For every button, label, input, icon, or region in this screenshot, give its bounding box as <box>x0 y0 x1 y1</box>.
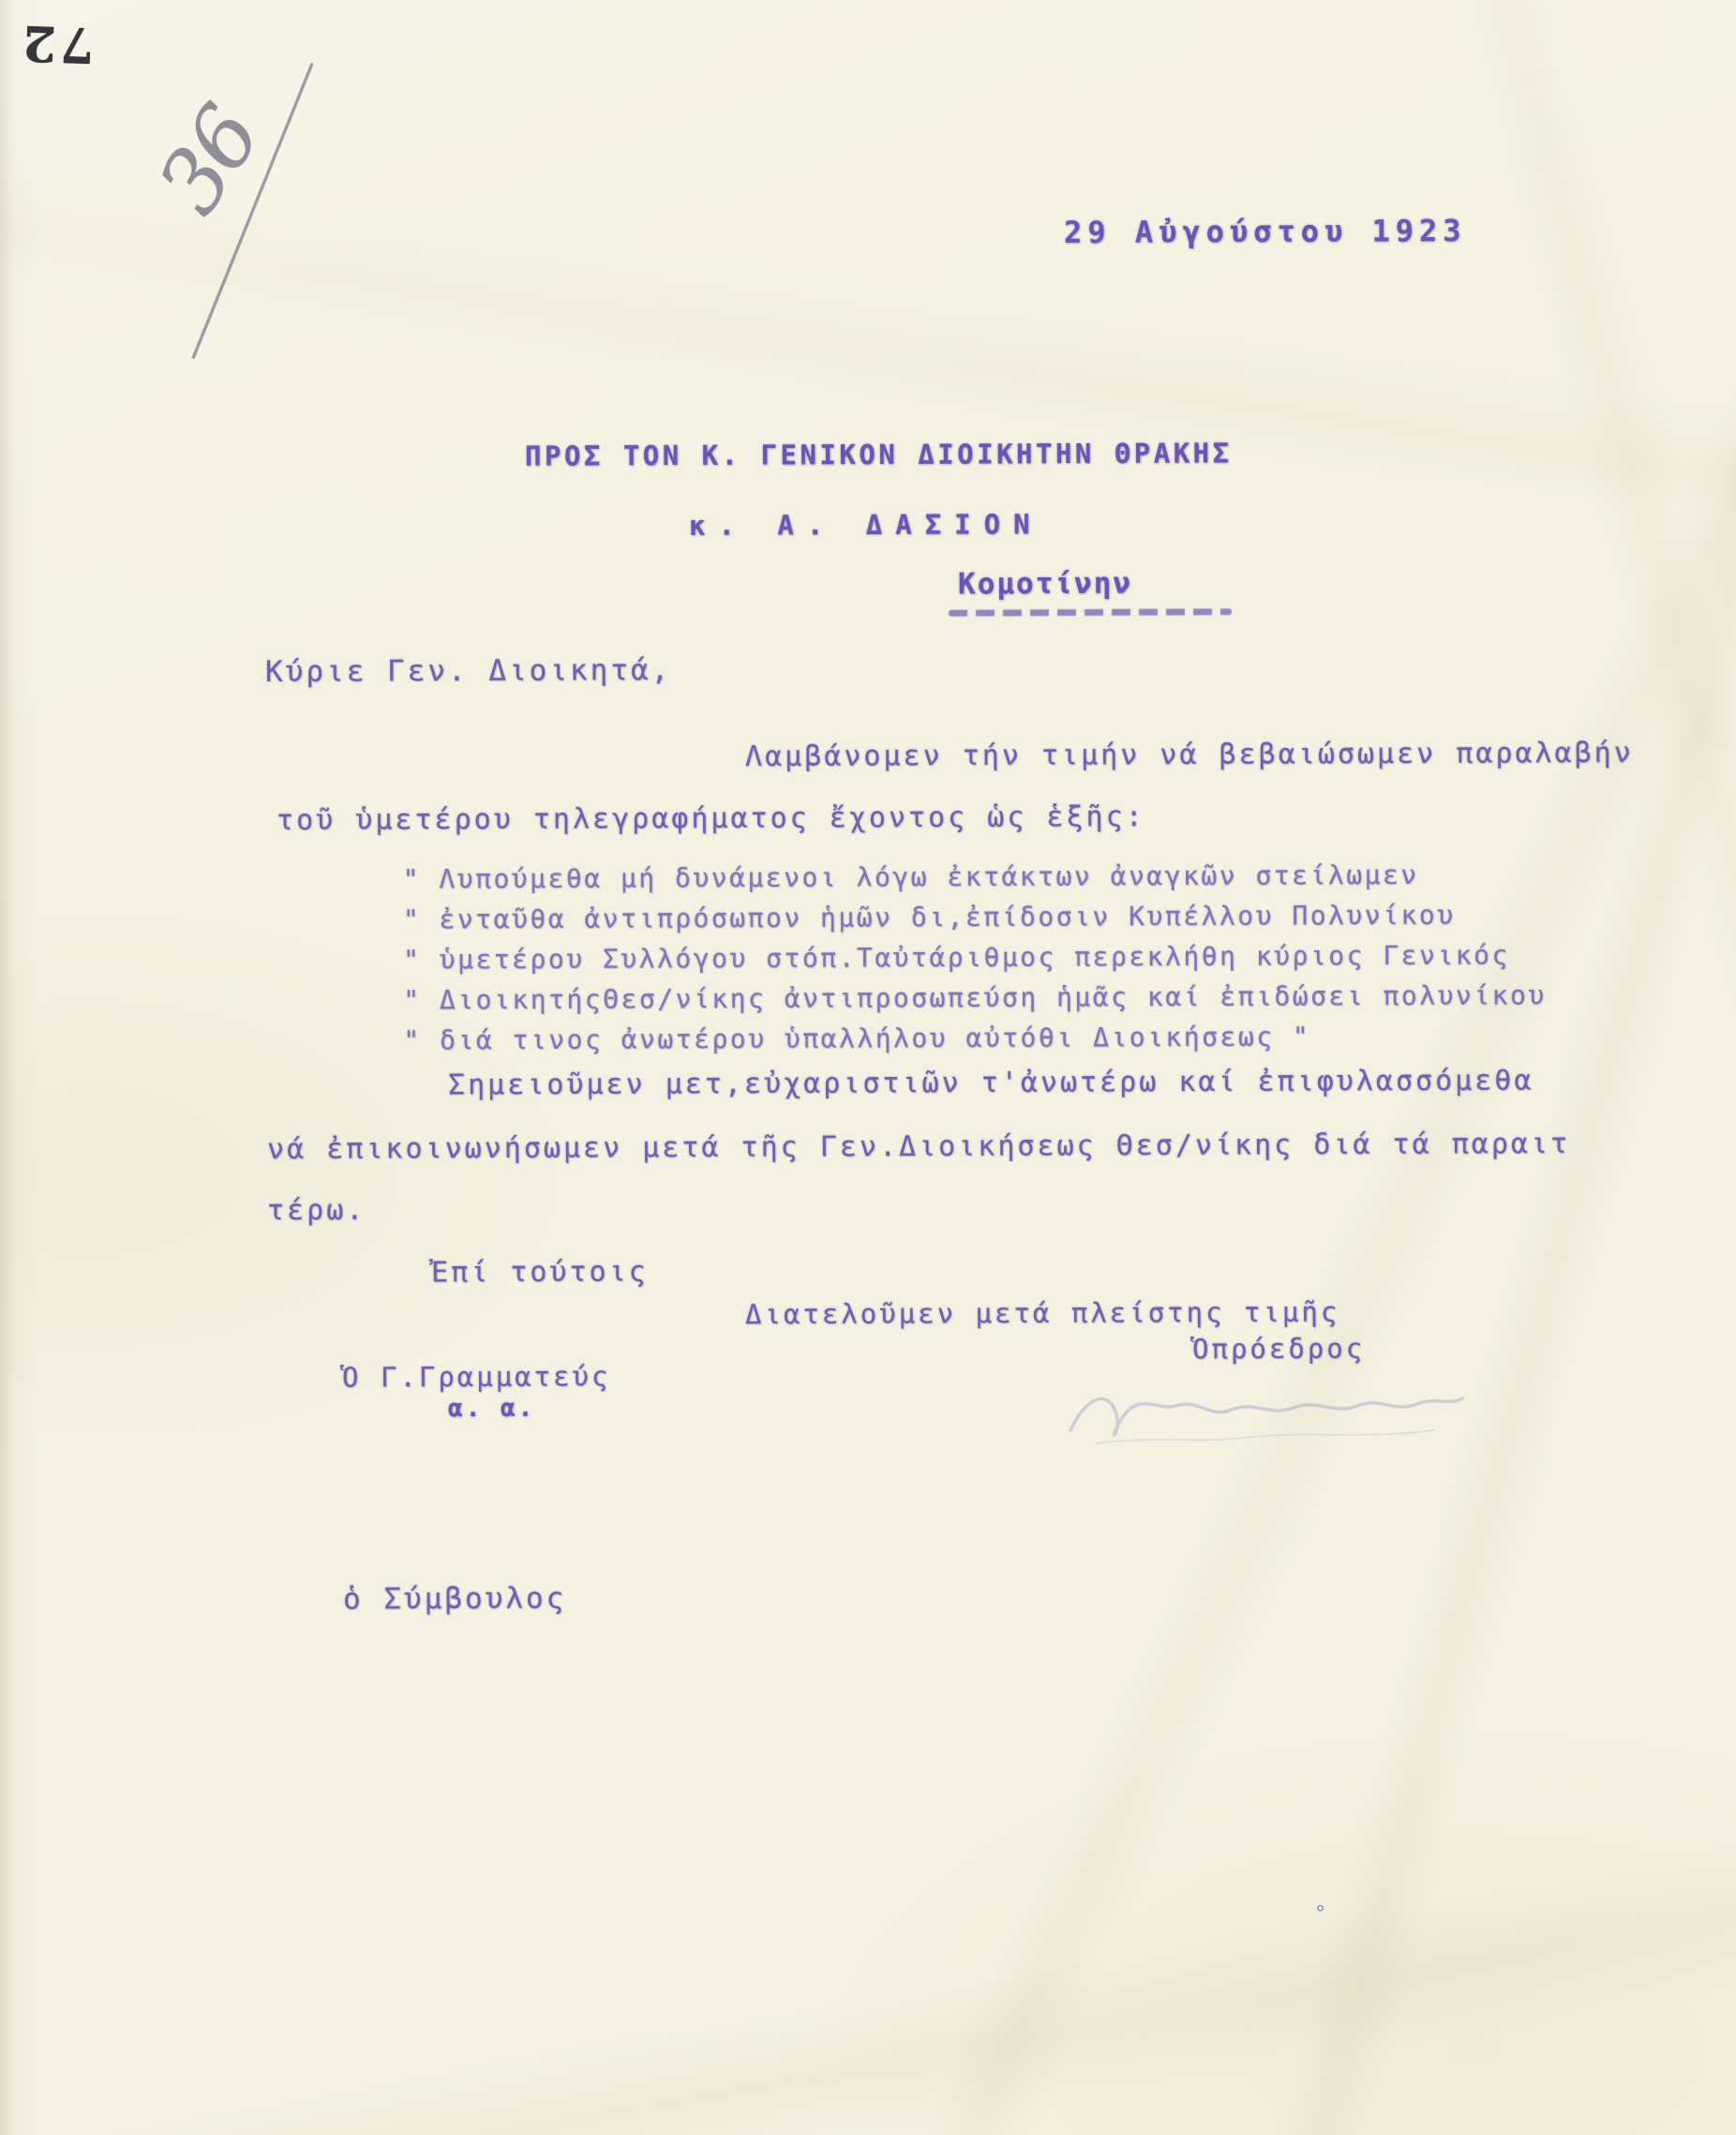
archival-pencil-number: 36 <box>139 91 278 231</box>
salutation: Κύριε Γεν. Διοικητά, <box>265 653 671 689</box>
paragraph1-line1: Λαμβάνομεν τήν τιμήν νά βεβαιώσωμεν παρα… <box>745 737 1634 773</box>
paragraph1-line2: τοῦ ὑμετέρου τηλεγραφήματος ἔχοντος ὡς ἑ… <box>277 800 1145 837</box>
closing-secretary-title: Ὁ Γ.Γραμματεύς <box>342 1360 611 1393</box>
city-dashed-underline <box>949 608 1232 617</box>
recipient-to-line: ΠΡΟΣ ΤΟΝ Κ. ΓΕΝΙΚΟΝ ΔΙΟΙΚΗΤΗΝ ΘΡΑΚΗΣ <box>525 437 1233 471</box>
telegram-line: " Λυπούμεθα μή δυνάμενοι λόγω ἐκτάκτων ἀ… <box>403 858 1547 896</box>
ink-speck: ° <box>1314 1903 1326 1926</box>
telegram-line: " ΔιοικητήςΘεσ/νίκης ἀντιπροσωπεύση ἡμᾶς… <box>403 978 1547 1017</box>
paragraph2-line2: νά ἐπικοινωνήσωμεν μετά τῆς Γεν.Διοικήσε… <box>267 1127 1570 1166</box>
archival-stamp-number: 72 <box>18 14 95 74</box>
paragraph2-line3: τέρω. <box>267 1194 366 1227</box>
recipient-name-line: κ. Α. ΔΑΣΙΟΝ <box>689 508 1043 542</box>
recipient-city: Κομοτίνην <box>958 567 1132 602</box>
closing-diateloumen: Διατελοῦμεν μετά πλείστης τιμῆς <box>745 1296 1339 1331</box>
letter-date: 29 Αὐγούστου 1923 <box>1064 213 1467 250</box>
president-signature <box>1059 1357 1472 1470</box>
closing-counselor-title: ὁ Σύμβουλος <box>343 1581 566 1616</box>
closing-epi-toutois: Ἐπί τούτοις <box>431 1255 649 1289</box>
telegram-line: " ἐνταῦθα ἀντιπρόσωπον ἡμῶν δι,ἐπίδοσιν … <box>403 898 1547 936</box>
letter-page: 72 36 29 Αὐγούστου 1923 ΠΡΟΣ ΤΟΝ Κ. ΓΕΝΙ… <box>0 0 1736 2135</box>
telegram-line: " ὑμετέρου Συλλόγου στόπ.Ταὐτάριθμος περ… <box>403 938 1547 977</box>
closing-secretary-note: α. α. <box>448 1395 535 1423</box>
telegram-quote-block: " Λυπούμεθα μή δυνάμενοι λόγω ἐκτάκτων ἀ… <box>403 858 1547 1064</box>
paragraph2-line1: Σημειοῦμεν μετ,εὐχαριστιῶν τ'ἀνωτέρω καί… <box>448 1064 1534 1101</box>
telegram-line: " διά τινος ἀνωτέρου ὑπαλλήλου αὐτόθι Δι… <box>403 1019 1547 1057</box>
